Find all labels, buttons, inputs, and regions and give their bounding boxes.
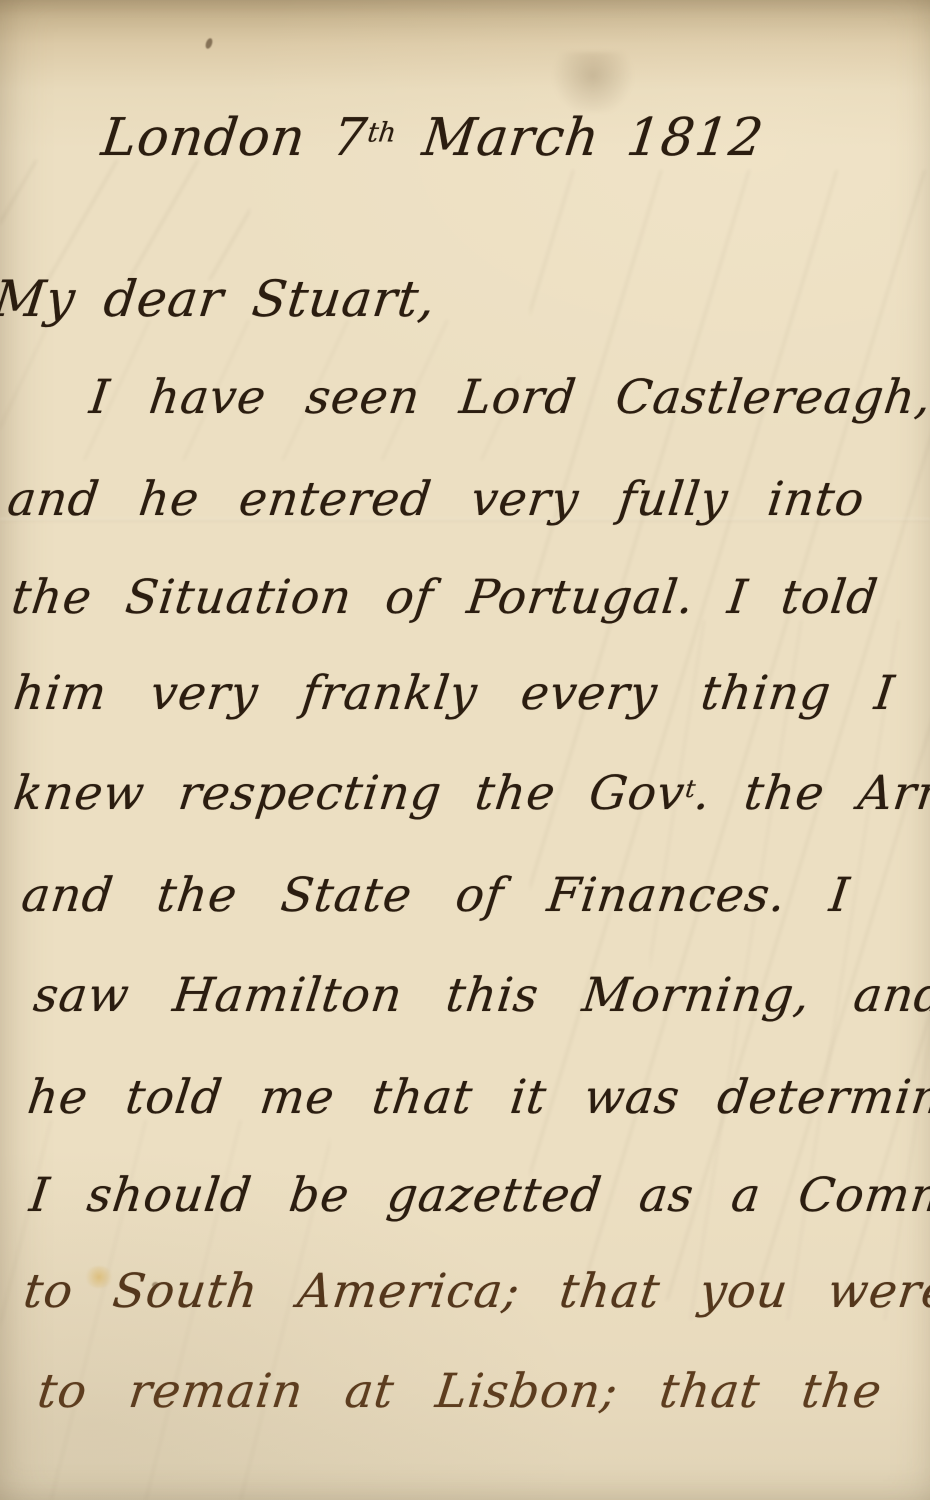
body-line-5: knew respecting the Govt. the Army — [11, 766, 930, 821]
ink-speck — [204, 37, 213, 49]
body-line-5-text: . the Army — [691, 766, 930, 821]
dateline-superscript: th — [366, 117, 398, 148]
body-line-1: I have seen Lord Castlereagh, — [87, 370, 930, 425]
body-line-8: he told me that it was determined — [25, 1070, 930, 1125]
salutation: My dear Stuart, — [0, 270, 439, 328]
body-line-11: to remain at Lisbon; that the — [35, 1364, 886, 1419]
dateline: London 7th March 1812 — [98, 108, 767, 168]
show-through-right — [530, 170, 930, 1300]
body-line-7: saw Hamilton this Morning, and — [31, 968, 930, 1023]
letter-page: London 7th March 1812 My dear Stuart, I … — [0, 0, 930, 1500]
body-line-3: the Situation of Portugal. I told — [9, 570, 882, 625]
body-line-2: and he entered very fully into — [5, 472, 868, 527]
body-line-10: to South America; that you were — [21, 1264, 930, 1319]
dateline-text: March 1812 — [392, 108, 767, 168]
body-line-6: and the State of Finances. I — [19, 868, 853, 923]
show-through-top-left — [0, 160, 250, 280]
body-line-9: I should be gazetted as a Commr. — [27, 1168, 930, 1223]
dateline-text: London 7 — [98, 108, 370, 168]
body-line-9-text: I should be gazetted as a Comm — [27, 1168, 930, 1223]
body-line-5-text: knew respecting the Gov — [11, 766, 689, 821]
paper-smudge — [548, 52, 638, 112]
body-line-4: him very frankly every thing I — [11, 666, 898, 721]
